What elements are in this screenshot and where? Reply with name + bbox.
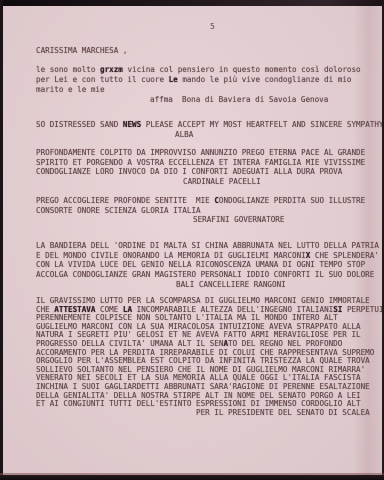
- telegram-line: GUGLIELMO MARCONI CON LA SUA MIRACOLOSA …: [36, 323, 384, 332]
- telegram-line: SOLLIEVO SOLTANTO NEL PENSIERO CHE IL NO…: [36, 366, 384, 375]
- scan-edge-left: [0, 0, 3, 480]
- telegram-line: ORGOGLIO PER L'ASSEMBLEA EST COLPITO DA …: [36, 357, 384, 366]
- telegram-line: [36, 56, 384, 66]
- telegram-line: E DEL MONDO CIVILE ONORANDO LA MEMORIA D…: [36, 251, 384, 261]
- telegram-line: CHE ATTESTAVA COME LA INCOMPARABILE ALTE…: [36, 306, 384, 315]
- telegram-signature: affma Bona di Baviera di Savoia Genova: [36, 95, 384, 105]
- scan-edge-bottom: [0, 475, 384, 480]
- telegram-line: per Lei e con tutto il cuore Le mando le…: [36, 75, 384, 85]
- telegram-signature: ALBA: [36, 130, 384, 140]
- telegram-alba: SO DISTRESSED SAND NEWS PLEASE ACCEPT MY…: [36, 120, 384, 139]
- scan-edge-top: [0, 0, 384, 6]
- telegram-line: CONSORTE ONORE SCIENZA GLORIA ITALIA: [36, 206, 384, 216]
- telegram-line: IL GRAVISSIMO LUTTO PER LA SCOMPARSA DI …: [36, 297, 384, 306]
- telegram-line: CON LA VIVIDA LUCE DEL GENIO NELLA RICON…: [36, 260, 384, 270]
- scanned-telegram-page: 5 CARISSIMA MARCHESA ,le sono molto grxz…: [0, 0, 384, 480]
- telegram-line: ACCORAMENTO PER LA PERDITA IRREPARABILE …: [36, 349, 384, 358]
- telegram-line: DELLA GENIALITA' DELLA NOSTRA STIRPE ALT…: [36, 392, 384, 401]
- telegram-cardinale-pacelli: PROFONDAMENTE COLPITO DA IMPROVVISO ANNU…: [36, 148, 384, 187]
- telegram-line: CARISSIMA MARCHESA ,: [36, 46, 384, 56]
- telegram-line: NATURA I SEGRETI PIU' GELOSI ET NE AVEVA…: [36, 331, 384, 340]
- telegram-bona-di-baviera: CARISSIMA MARCHESA ,le sono molto grxzm …: [36, 46, 384, 104]
- telegram-line: marito e le mie: [36, 85, 384, 95]
- telegram-ordine-di-malta: LA BANDIERA DELL 'ORDINE DI MALTA SI CHI…: [36, 241, 384, 290]
- telegram-line: SO DISTRESSED SAND NEWS PLEASE ACCEPT MY…: [36, 120, 384, 130]
- page-number: 5: [210, 22, 215, 31]
- telegram-line: INCHINA I SUOI GAGLIARDETTI ABBRUNATI SA…: [36, 383, 384, 392]
- telegram-line: PROFONDAMENTE COLPITO DA IMPROVVISO ANNU…: [36, 148, 384, 158]
- telegram-serafini-governatore: PREGO ACCOGLIERE PROFONDE SENTITE MIE CO…: [36, 196, 384, 225]
- telegram-line: CONDOGLIANZE LORO INVOCO DA DIO I CONFOR…: [36, 167, 384, 177]
- telegram-signature: BALI CANCELLIERE RANGONI: [36, 280, 384, 290]
- telegram-line: SPIRITO ET PORGENDO A VOSTRA ECCELLENZA …: [36, 158, 384, 168]
- telegram-line: le sono molto grxzm vicina col pensiero …: [36, 65, 384, 75]
- telegram-line: ACCOLGA CONDOGLIANZE GRAN MAGISTERO PERS…: [36, 270, 384, 280]
- telegram-line: ET AI CONGIUNTI TUTTI DELL'ESTINTO ESPRE…: [36, 400, 384, 409]
- telegram-line: PERENNEMENTE COLPISCE NON SOLTANTO L'ITA…: [36, 314, 384, 323]
- telegram-signature: PER IL PRESIDENTE DEL SENATO DI SCALEA: [36, 409, 384, 418]
- telegram-line: PROGRESSO DELLA CIVILTA' UMANA ALT IL SE…: [36, 340, 384, 349]
- telegram-signature: SERAFINI GOVERNATORE: [36, 215, 384, 225]
- telegram-line: LA BANDIERA DELL 'ORDINE DI MALTA SI CHI…: [36, 241, 384, 251]
- telegram-line: VENERATO NEI SECOLI ET LA SUA MEMORIA AL…: [36, 374, 384, 383]
- telegram-signature: CARDINALE PACELLI: [36, 177, 384, 187]
- telegram-line: PREGO ACCOGLIERE PROFONDE SENTITE MIE CO…: [36, 196, 384, 206]
- telegram-presidente-del-senato: IL GRAVISSIMO LUTTO PER LA SCOMPARSA DI …: [36, 297, 384, 417]
